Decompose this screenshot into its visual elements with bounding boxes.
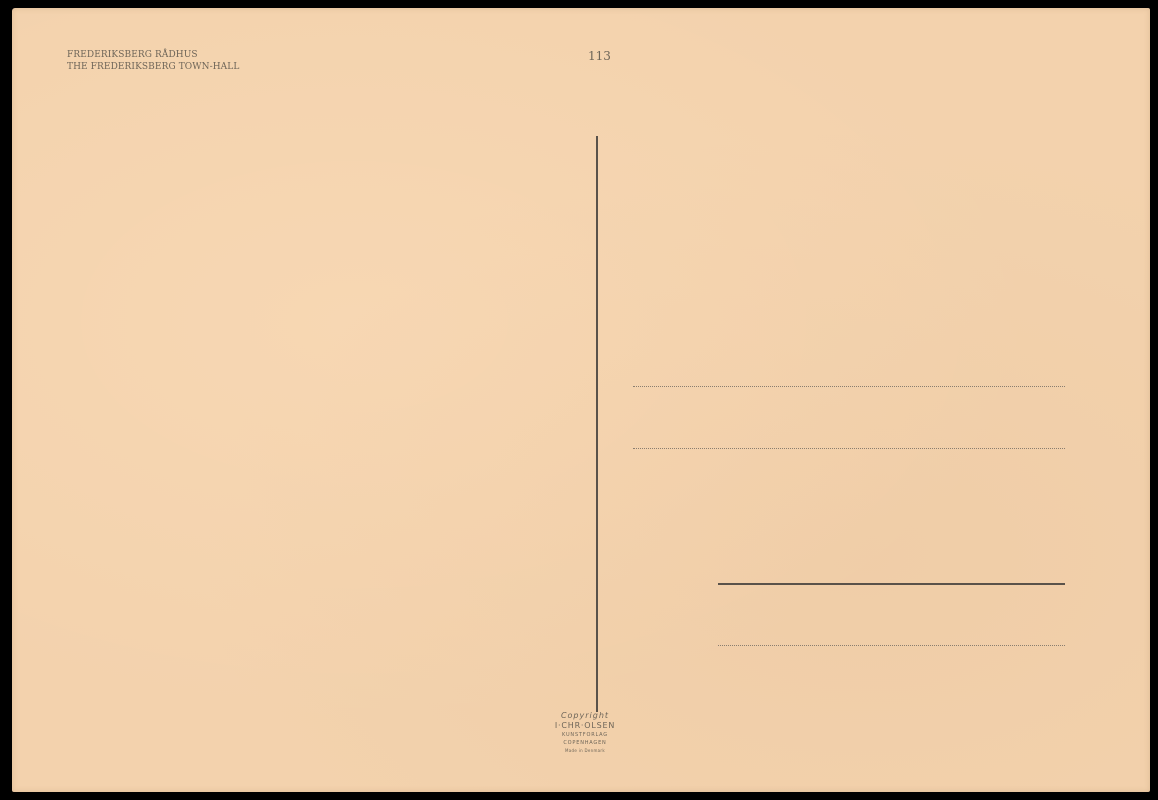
address-line-2 — [633, 448, 1065, 449]
caption-danish: FREDERIKSBERG RÅDHUS — [67, 49, 239, 61]
address-line-1 — [633, 386, 1065, 387]
center-divider — [596, 136, 598, 712]
made-in-label: Made in Denmark — [545, 747, 625, 755]
postcard-back: FREDERIKSBERG RÅDHUS THE FREDERIKSBERG T… — [12, 8, 1150, 792]
caption-english: THE FREDERIKSBERG TOWN-HALL — [67, 61, 239, 73]
publisher-type: KUNSTFORLAG — [545, 731, 625, 739]
publisher-name: I·CHR·OLSEN — [545, 721, 625, 731]
publisher-city: COPENHAGEN — [545, 739, 625, 747]
address-line-3 — [718, 583, 1065, 585]
address-line-4 — [718, 645, 1065, 646]
publisher-imprint: Copyright I·CHR·OLSEN KUNSTFORLAG COPENH… — [545, 711, 625, 755]
copyright-label: Copyright — [545, 711, 625, 721]
card-number: 113 — [588, 49, 611, 63]
caption: FREDERIKSBERG RÅDHUS THE FREDERIKSBERG T… — [67, 49, 239, 73]
